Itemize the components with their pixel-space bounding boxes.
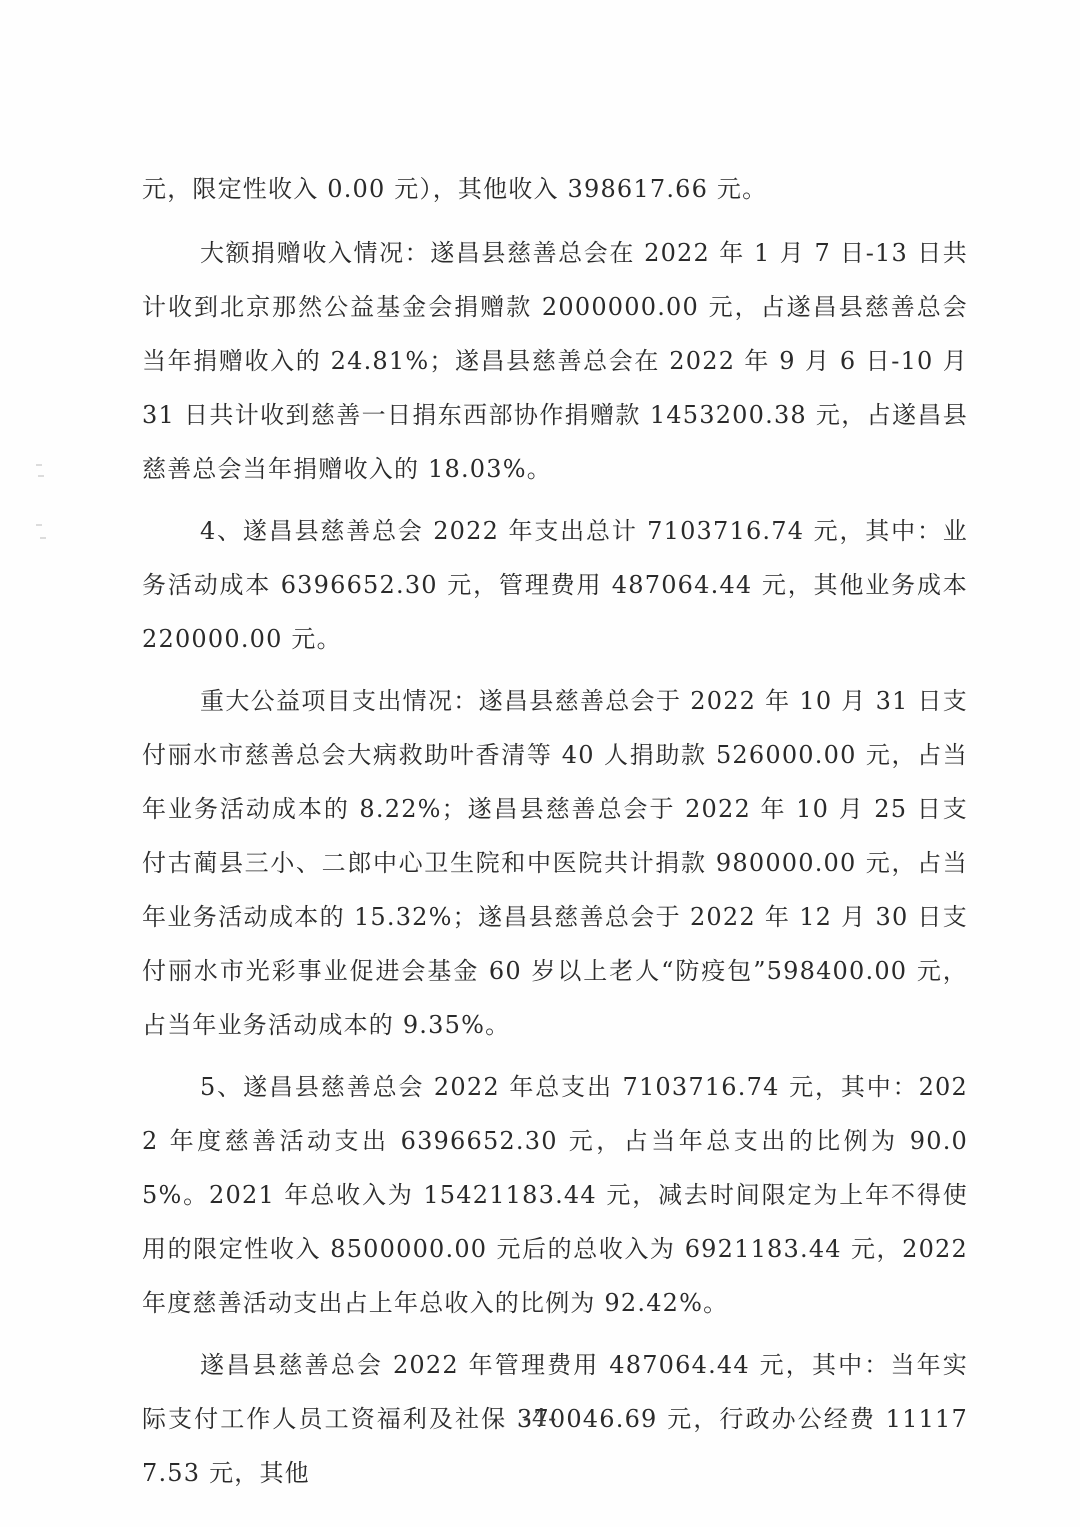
paragraph-item-4-expenditure: 4、遂昌县慈善总会 2022 年支出总计 7103716.74 元，其中：业务活… [142, 504, 968, 666]
scan-artifact [40, 537, 46, 539]
paragraph-major-project-expenditure: 重大公益项目支出情况：遂昌县慈善总会于 2022 年 10 月 31 日支付丽水… [142, 674, 968, 1052]
paragraph-large-donation-income: 大额捐赠收入情况：遂昌县慈善总会在 2022 年 1 月 7 日-13 日共计收… [142, 226, 968, 496]
scan-artifact [38, 475, 44, 477]
page-number: -4- [0, 1404, 1080, 1432]
paragraph-item-5-total-expenditure: 5、遂昌县慈善总会 2022 年总支出 7103716.74 元，其中：2022… [142, 1060, 968, 1330]
document-page: 元，限定性收入 0.00 元），其他收入 398617.66 元。 大额捐赠收入… [0, 0, 1080, 1527]
document-body: 元，限定性收入 0.00 元），其他收入 398617.66 元。 大额捐赠收入… [142, 162, 968, 1500]
scan-artifact [36, 464, 42, 466]
paragraph-income-continued: 元，限定性收入 0.00 元），其他收入 398617.66 元。 [142, 162, 968, 216]
scan-artifact [36, 524, 42, 526]
